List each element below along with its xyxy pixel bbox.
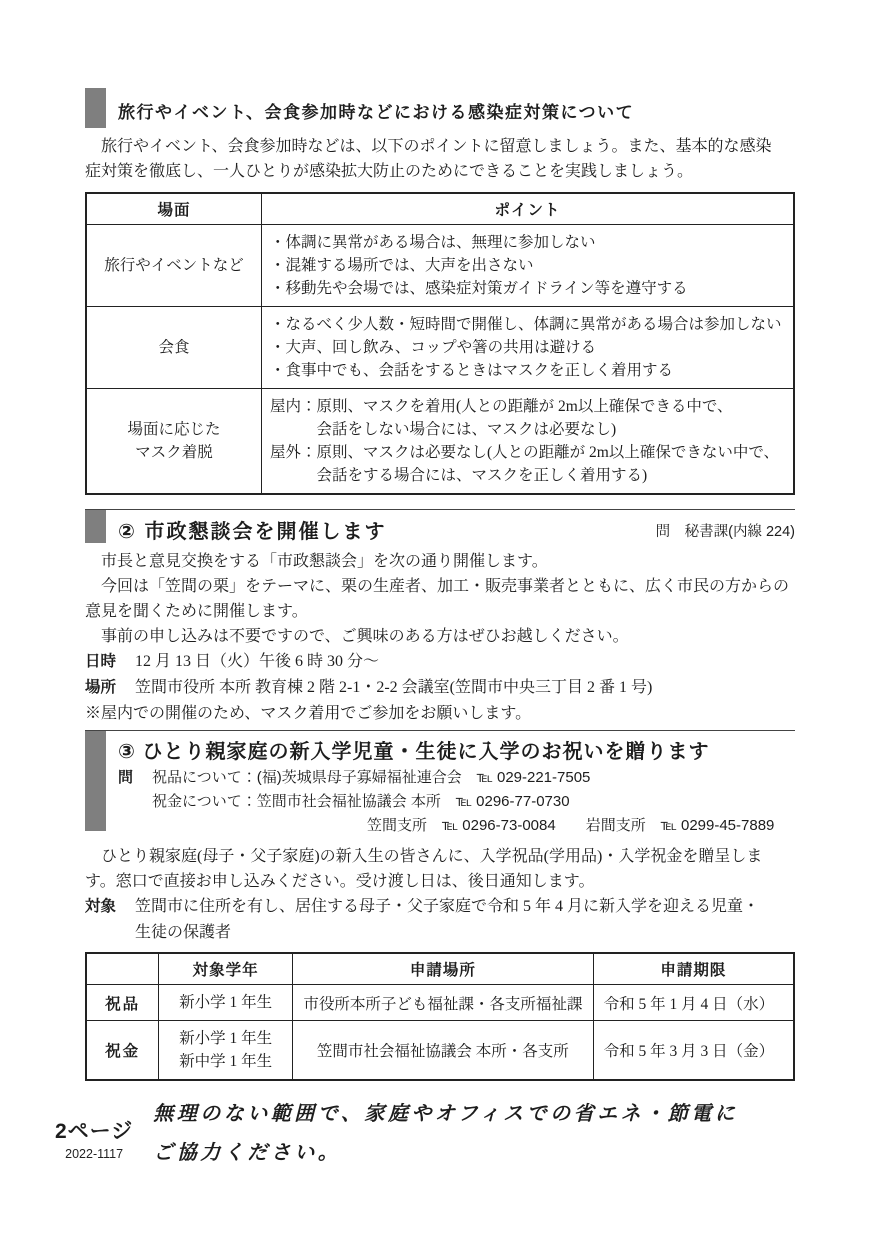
apply-place-cell: 笠間市社会福祉協議会 本所・各支所 xyxy=(293,1021,594,1081)
points-cell: ・体調に異常がある場合は、無理に参加しない ・混雑する場所では、大声を出さない … xyxy=(262,225,795,307)
place-label: 場所 xyxy=(85,675,135,701)
section2-header: ② 市政懇談会を開催します 問 秘書課(内線 224) xyxy=(85,509,795,544)
message-line: ご協力ください。 xyxy=(153,1134,738,1173)
point-line: ・体調に異常がある場合は、無理に参加しない xyxy=(270,231,789,254)
grade-line: 新小学 1 年生 xyxy=(159,1027,292,1050)
newsletter-page: 旅行やイベント、会食参加時などにおける感染症対策について 旅行やイベント、会食参… xyxy=(0,0,874,1236)
para-line: 事前の申し込みは不要ですので、ご興味のある方はぜひお越しください。 xyxy=(85,624,795,649)
section1-header: 旅行やイベント、会食参加時などにおける感染症対策について xyxy=(85,88,795,128)
target-label: 対象 xyxy=(85,894,135,946)
section2-contact: 問 秘書課(内線 224) xyxy=(656,510,795,541)
scene-cell: 会食 xyxy=(86,307,262,389)
point-line: 屋内：原則、マスクを着用(人との距離が 2m以上確保できる中で、 xyxy=(270,395,789,418)
para-line: 今回は「笠間の栗」をテーマに、栗の生産者、加工・販売事業者とともに、広く市民の方… xyxy=(85,574,795,599)
datetime-line: 日時 12 月 13 日（火）午後 6 時 30 分～ xyxy=(85,649,795,675)
point-line: ・なるべく少人数・短時間で開催し、体調に異常がある場合は参加しない xyxy=(270,313,789,336)
grade-cell: 新小学 1 年生 新中学 1 年生 xyxy=(159,1021,293,1081)
deadline-cell: 令和 5 年 1 月 4 日（水） xyxy=(593,985,794,1021)
target-text-line: 生徒の保護者 xyxy=(135,920,795,946)
message-line: 無理のない範囲で、家庭やオフィスでの省エネ・節電に xyxy=(153,1095,738,1134)
section3-header: ③ ひとり親家庭の新入学児童・生徒に入学のお祝いを贈ります 問 祝品について：(… xyxy=(85,730,795,838)
page-number: 2ページ xyxy=(55,1115,133,1145)
table-row: 場面に応じた マスク着脱 屋内：原則、マスクを着用(人との距離が 2m以上確保で… xyxy=(86,389,794,495)
section2-title: ② 市政懇談会を開催します xyxy=(106,510,656,544)
gift-name-cell: 祝金 xyxy=(86,1021,159,1081)
col-header-place: 申請場所 xyxy=(293,953,594,985)
intro-line: 症対策を徹底し、一人ひとりが感染拡大防止のためにできることを実践しましょう。 xyxy=(85,159,795,184)
gift-application-table: 対象学年 申請場所 申請期限 祝品 新小学 1 年生 市役所本所子ども福祉課・各… xyxy=(85,952,795,1081)
point-line: ・食事中でも、会話をするときはマスクを正しく着用する xyxy=(270,359,789,382)
para-line: 意見を聞くために開催します。 xyxy=(85,599,795,624)
points-cell: 屋内：原則、マスクを着用(人との距離が 2m以上確保できる中で、 会話をしない場… xyxy=(262,389,795,495)
point-line: 会話をする場合には、マスクを正しく着用する) xyxy=(270,464,789,487)
point-line: 屋外：原則、マスクは必要なし(人との距離が 2m以上確保できない中で、 xyxy=(270,441,789,464)
page-number-block: 2ページ 2022-1117 xyxy=(55,1115,133,1161)
contact-line: 祝金について：笠間市社会福祉協議会 本所 ℡ 0296-77-0730 xyxy=(118,790,795,814)
col-header-deadline: 申請期限 xyxy=(593,953,794,985)
point-line: ・大声、回し飲み、コップや箸の共用は避ける xyxy=(270,336,789,359)
point-line: ・混雑する場所では、大声を出さない xyxy=(270,254,789,277)
datetime-label: 日時 xyxy=(85,649,135,675)
target-line: 対象 笠間市に住所を有し、居住する母子・父子家庭で令和 5 年 4 月に新入学を… xyxy=(85,894,795,946)
contact-line: 笠間支所 ℡ 0296-73-0084 岩間支所 ℡ 0299-45-7889 xyxy=(118,814,795,838)
issue-code: 2022-1117 xyxy=(55,1147,133,1161)
page-footer: 2ページ 2022-1117 無理のない範囲で、家庭やオフィスでの省エネ・節電に… xyxy=(55,1095,738,1173)
section1-intro: 旅行やイベント、会食参加時などは、以下のポイントに留意しましょう。また、基本的な… xyxy=(85,134,795,184)
section2-note: ※屋内での開催のため、マスク着用でご参加をお願いします。 xyxy=(85,701,795,726)
place-line: 場所 笠間市役所 本所 教育棟 2 階 2-1・2-2 会議室(笠間市中央三丁目… xyxy=(85,675,795,701)
table-row: 祝金 新小学 1 年生 新中学 1 年生 笠間市社会福祉協議会 本所・各支所 令… xyxy=(86,1021,794,1081)
deadline-cell: 令和 5 年 3 月 3 日（金） xyxy=(593,1021,794,1081)
scene-line: 場面に応じた xyxy=(88,418,260,441)
target-text-line: 笠間市に住所を有し、居住する母子・父子家庭で令和 5 年 4 月に新入学を迎える… xyxy=(135,894,795,920)
countermeasure-table: 場面 ポイント 旅行やイベントなど ・体調に異常がある場合は、無理に参加しない … xyxy=(85,192,795,495)
datetime-value: 12 月 13 日（火）午後 6 時 30 分～ xyxy=(135,649,795,675)
section3-title: ③ ひとり親家庭の新入学児童・生徒に入学のお祝いを贈ります xyxy=(118,731,795,764)
section3-body: ひとり親家庭(母子・父子家庭)の新入生の皆さんに、入学祝品(学用品)・入学祝金を… xyxy=(85,844,795,894)
section2-header-row: ② 市政懇談会を開催します 問 秘書課(内線 224) xyxy=(85,510,795,544)
section2-paragraphs: 市長と意見交換をする「市政懇談会」を次の通り開催します。 今回は「笠間の栗」をテ… xyxy=(85,549,795,649)
section1-accent-bar xyxy=(85,88,106,128)
body-line: ひとり親家庭(母子・父子家庭)の新入生の皆さんに、入学祝品(学用品)・入学祝金を… xyxy=(85,844,795,869)
table-header-row: 対象学年 申請場所 申請期限 xyxy=(86,953,794,985)
place-value: 笠間市役所 本所 教育棟 2 階 2-1・2-2 会議室(笠間市中央三丁目 2 … xyxy=(135,675,795,701)
scene-line: マスク着脱 xyxy=(88,441,260,464)
table-header-row: 場面 ポイント xyxy=(86,193,794,225)
scene-line: 会食 xyxy=(88,336,260,359)
gift-name-cell: 祝品 xyxy=(86,985,159,1021)
body-line: す。窓口で直接お申し込みください。受け渡し日は、後日通知します。 xyxy=(85,869,795,894)
contact-row: 問 祝品について：(福)茨城県母子寡婦福祉連合会 ℡ 029-221-7505 xyxy=(118,766,795,790)
col-header-scene: 場面 xyxy=(86,193,262,225)
col-header-blank xyxy=(86,953,159,985)
table-row: 会食 ・なるべく少人数・短時間で開催し、体調に異常がある場合は参加しない ・大声… xyxy=(86,307,794,389)
table-row: 祝品 新小学 1 年生 市役所本所子ども福祉課・各支所福祉課 令和 5 年 1 … xyxy=(86,985,794,1021)
section3-contacts: 問 祝品について：(福)茨城県母子寡婦福祉連合会 ℡ 029-221-7505 … xyxy=(118,766,795,838)
contact-line: 祝品について：(福)茨城県母子寡婦福祉連合会 ℡ 029-221-7505 xyxy=(152,766,590,790)
page-content: 旅行やイベント、会食参加時などにおける感染症対策について 旅行やイベント、会食参… xyxy=(85,88,795,1081)
point-line: ・移動先や会場では、感染症対策ガイドライン等を遵守する xyxy=(270,277,789,300)
point-line: 会話をしない場合には、マスクは必要なし) xyxy=(270,418,789,441)
contact-label: 問 xyxy=(118,766,152,790)
scene-line: 旅行やイベントなど xyxy=(88,254,260,277)
grade-line: 新小学 1 年生 xyxy=(159,991,292,1014)
col-header-grade: 対象学年 xyxy=(159,953,293,985)
apply-place-cell: 市役所本所子ども福祉課・各支所福祉課 xyxy=(293,985,594,1021)
table-row: 旅行やイベントなど ・体調に異常がある場合は、無理に参加しない ・混雑する場所で… xyxy=(86,225,794,307)
scene-cell: 場面に応じた マスク着脱 xyxy=(86,389,262,495)
scene-cell: 旅行やイベントなど xyxy=(86,225,262,307)
grade-line: 新中学 1 年生 xyxy=(159,1050,292,1073)
section2-accent-bar xyxy=(85,510,106,543)
points-cell: ・なるべく少人数・短時間で開催し、体調に異常がある場合は参加しない ・大声、回し… xyxy=(262,307,795,389)
para-line: 市長と意見交換をする「市政懇談会」を次の通り開催します。 xyxy=(85,549,795,574)
section1-title: 旅行やイベント、会食参加時などにおける感染症対策について xyxy=(106,88,634,123)
col-header-points: ポイント xyxy=(262,193,795,225)
target-value: 笠間市に住所を有し、居住する母子・父子家庭で令和 5 年 4 月に新入学を迎える… xyxy=(135,894,795,946)
section3-header-body: ③ ひとり親家庭の新入学児童・生徒に入学のお祝いを贈ります 問 祝品について：(… xyxy=(106,731,795,838)
grade-cell: 新小学 1 年生 xyxy=(159,985,293,1021)
section3-accent-bar xyxy=(85,731,106,831)
energy-saving-message: 無理のない範囲で、家庭やオフィスでの省エネ・節電に ご協力ください。 xyxy=(153,1095,738,1173)
intro-line: 旅行やイベント、会食参加時などは、以下のポイントに留意しましょう。また、基本的な… xyxy=(85,134,795,159)
